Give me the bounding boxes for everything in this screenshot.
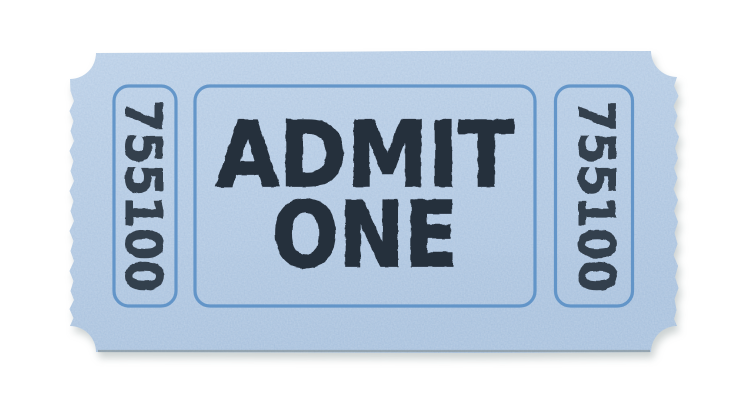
serial-number-left: 755100: [114, 100, 172, 292]
serial-number-right: 755100: [567, 100, 625, 292]
ticket-photo: ADMIT ONE 755100 755100: [0, 0, 750, 403]
one-text: ONE: [272, 183, 458, 288]
photo-canvas: ADMIT ONE 755100 755100: [0, 0, 750, 403]
